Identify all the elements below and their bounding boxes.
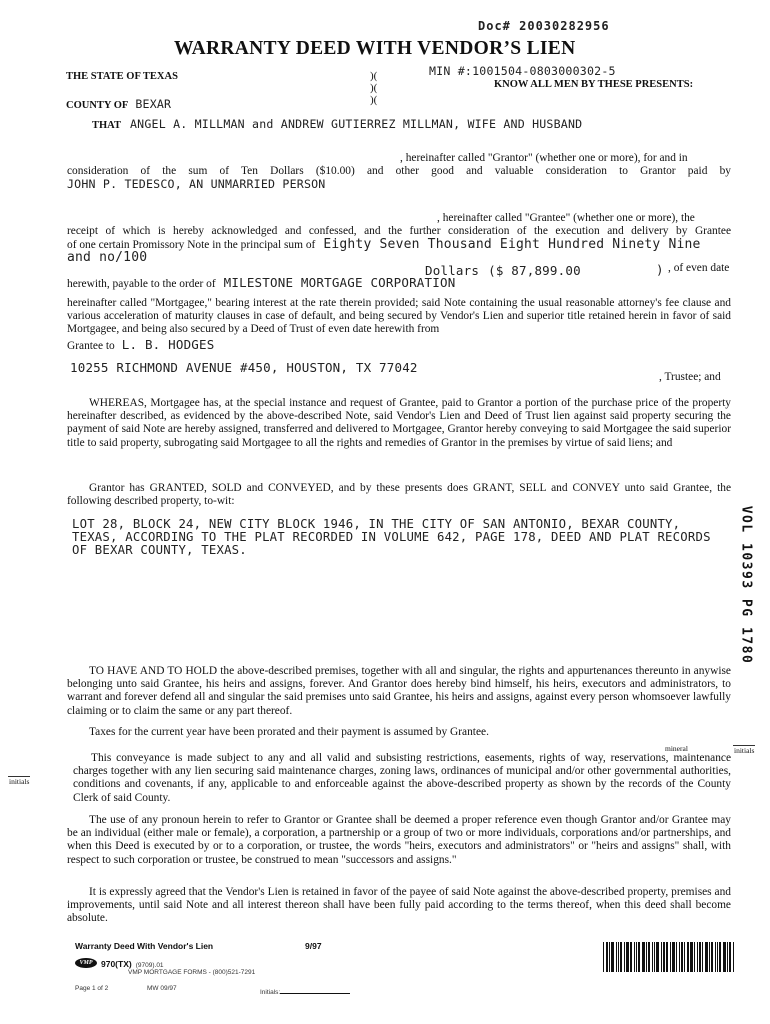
barcode-bar	[648, 942, 650, 972]
footer-form-date: 9/97	[305, 941, 322, 951]
recording-stamp-text: VOL 10393 PG 1780	[739, 506, 754, 665]
trustee-address: 10255 RICHMOND AVENUE #450, HOUSTON, TX …	[70, 360, 418, 375]
legal-description-line-1: LOT 28, BLOCK 24, NEW CITY BLOCK 1946, I…	[72, 517, 680, 531]
barcode-bar	[679, 942, 680, 972]
barcode-bar	[652, 942, 653, 972]
footer-initials: Initials:	[260, 984, 350, 996]
barcode-bar	[654, 942, 655, 972]
barcode-bar	[723, 942, 726, 972]
trustee-line: Grantee to L. B. HODGES	[67, 336, 214, 354]
to-have-clause: TO HAVE AND TO HOLD the above-described …	[67, 665, 731, 718]
county-value: BEXAR	[135, 97, 171, 111]
legal-description-line-3: OF BEXAR COUNTY, TEXAS.	[72, 543, 247, 557]
vmp-logo-icon: VMP	[75, 958, 97, 968]
barcode-bar	[616, 942, 617, 972]
barcode-bar	[711, 942, 713, 972]
that-line: THAT ANGEL A. MILLMAN and ANDREW GUTIERR…	[92, 115, 582, 133]
recording-stamp: VOL 10393 PG 1780	[735, 520, 757, 650]
conveyance-clause: This conveyance is made subject to any a…	[73, 752, 731, 805]
barcode-bar	[626, 942, 629, 972]
trustee-name: L. B. HODGES	[122, 337, 215, 352]
payable-line: herewith, payable to the order of MILEST…	[67, 274, 455, 292]
initials-field[interactable]	[280, 984, 350, 994]
footer-page: Page 1 of 2	[75, 985, 108, 992]
barcode-bar	[709, 942, 710, 972]
amount-words: Eighty Seven Thousand Eight Hundred Nine…	[323, 237, 700, 252]
barcode-bar	[646, 942, 647, 972]
barcode	[603, 942, 749, 972]
barcode-bar	[690, 942, 693, 972]
barcode-bar	[620, 942, 622, 972]
bracket-3: )(	[370, 95, 377, 106]
grantor-name: ANGEL A. MILLMAN and ANDREW GUTIERREZ MI…	[130, 117, 582, 131]
barcode-bar	[687, 942, 689, 972]
min-number: MIN #:1001504-0803000302-5	[429, 64, 616, 78]
barcode-bar	[727, 942, 728, 972]
barcode-bar	[634, 942, 635, 972]
that-label: THAT	[92, 120, 121, 131]
mortgagee-name: MILESTONE MORTGAGE CORPORATION	[224, 275, 456, 290]
barcode-bar	[670, 942, 671, 972]
barcode-bar	[733, 942, 734, 972]
document-title: WARRANTY DEED WITH VENDOR’S LIEN	[174, 38, 575, 60]
barcode-bar	[618, 942, 619, 972]
initials-annotation-left: initials	[8, 776, 30, 786]
note-line: of one certain Promissory Note in the pr…	[67, 235, 701, 253]
consideration-text: consideration of the sum of Ten Dollars …	[67, 165, 731, 177]
grantee-to: Grantee to	[67, 340, 115, 352]
county-label: COUNTY OF	[66, 100, 128, 111]
barcode-bar	[717, 942, 718, 972]
barcode-bar	[697, 942, 698, 972]
pronoun-clause: The use of any pronoun herein to refer t…	[67, 814, 731, 867]
barcode-bar	[729, 942, 731, 972]
document-number: Doc# 20030282956	[478, 19, 610, 33]
footer-form-title: Warranty Deed With Vendor's Lien	[75, 941, 213, 951]
barcode-bar	[609, 942, 610, 972]
barcode-bar	[684, 942, 685, 972]
barcode-bar	[603, 942, 604, 972]
footer-mw: MW 09/97	[147, 985, 177, 992]
taxes-clause: Taxes for the current year have been pro…	[67, 726, 731, 739]
footer-publisher: VMP MORTGAGE FORMS - (800)521-7291	[128, 969, 255, 976]
bracket-1: )(	[370, 71, 377, 82]
trustee-label: , Trustee; and	[659, 371, 721, 383]
state-label: THE STATE OF TEXAS	[66, 71, 178, 82]
barcode-bar	[630, 942, 632, 972]
barcode-bar	[638, 942, 640, 972]
grantee-name: JOHN P. TEDESCO, AN UNMARRIED PERSON	[67, 177, 325, 191]
barcode-bar	[656, 942, 659, 972]
barcode-bar	[606, 942, 608, 972]
barcode-bar	[702, 942, 703, 972]
footer-form-code-sub: (9709).01	[136, 962, 164, 969]
barcode-bar	[681, 942, 683, 972]
initials-label: Initials:	[260, 989, 280, 996]
barcode-bar	[661, 942, 662, 972]
barcode-bar	[636, 942, 637, 972]
amount-numeric: ($ 87,899.00	[488, 263, 581, 278]
barcode-bar	[694, 942, 695, 972]
county-line: COUNTY OF BEXAR	[66, 95, 171, 113]
mortgagee-paragraph: hereinafter called "Mortgagee," bearing …	[67, 297, 731, 337]
barcode-bar	[705, 942, 708, 972]
granted-clause: Grantor has GRANTED, SOLD and CONVEYED, …	[67, 482, 731, 508]
barcode-bar	[699, 942, 701, 972]
barcode-bar	[666, 942, 668, 972]
barcode-bar	[663, 942, 665, 972]
even-date: , of even date	[668, 262, 729, 274]
barcode-bar	[611, 942, 614, 972]
barcode-bar	[676, 942, 677, 972]
barcode-bar	[672, 942, 675, 972]
legal-description-line-2: TEXAS, ACCORDING TO THE PLAT RECORDED IN…	[72, 530, 711, 544]
whereas-clause: WHEREAS, Mortgagee has, at the special i…	[67, 397, 731, 450]
know-all-men: KNOW ALL MEN BY THESE PRESENTS:	[494, 79, 693, 90]
vendors-lien-clause: It is expressly agreed that the Vendor's…	[67, 886, 731, 926]
footer-form-code: 970(TX)	[101, 959, 132, 969]
grantor-called: , hereinafter called "Grantor" (whether …	[400, 152, 688, 164]
payable-text: herewith, payable to the order of	[67, 278, 216, 290]
initials-annotation-right: initials	[733, 745, 755, 755]
amount-words-cont: and no/100	[67, 250, 147, 265]
barcode-bar	[715, 942, 716, 972]
amount-close: )	[656, 262, 664, 277]
barcode-bar	[642, 942, 645, 972]
barcode-bar	[719, 942, 721, 972]
bracket-2: )(	[370, 83, 377, 94]
grantee-called: , hereinafter called "Grantee" (whether …	[437, 212, 695, 224]
barcode-bar	[624, 942, 625, 972]
